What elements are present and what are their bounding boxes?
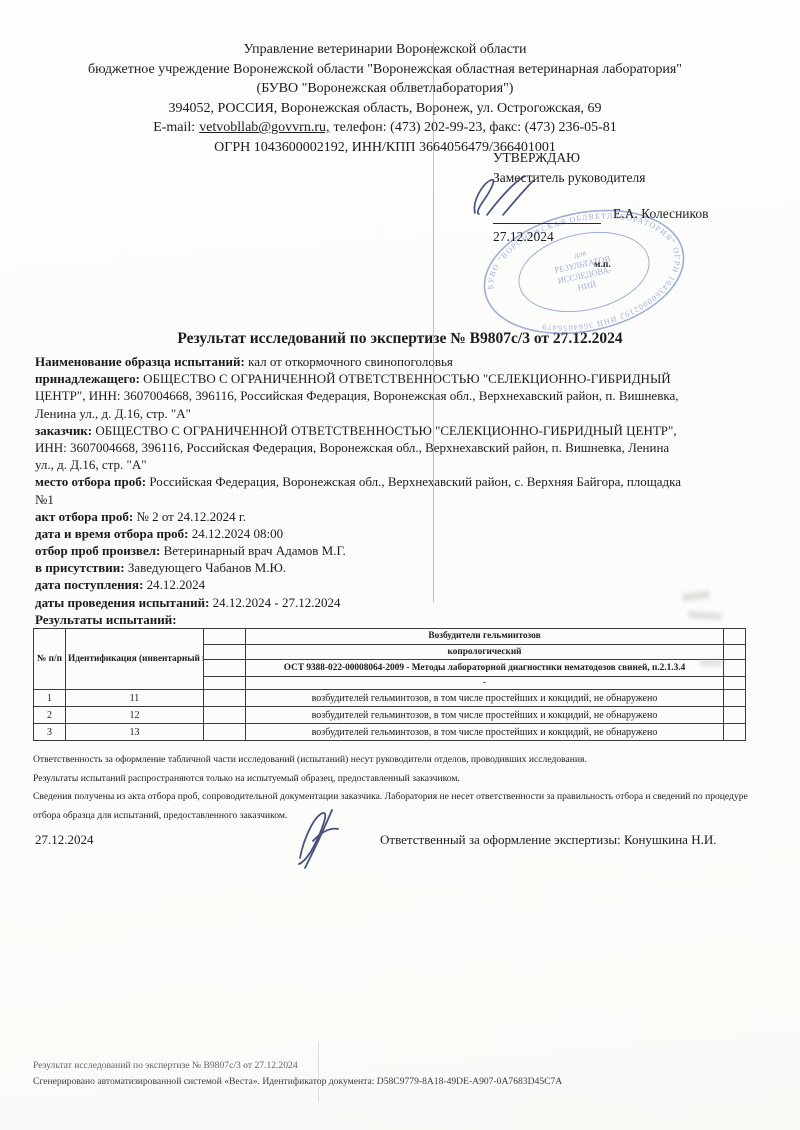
table-row: 3 13 возбудителей гельминтозов, в том чи… (34, 724, 746, 741)
row-spacer (724, 707, 746, 724)
approve-label: УТВЕРЖДАЮ (493, 148, 709, 168)
table-header-norm: - (246, 677, 724, 690)
row-spacer (204, 707, 246, 724)
table-header-spacer (204, 660, 246, 677)
detail-label: Результаты испытаний: (35, 612, 177, 627)
sample-details: Наименование образца испытаний: кал от о… (35, 354, 770, 629)
mp-label: м.п. (594, 260, 611, 270)
table-header-spacer (204, 645, 246, 660)
detail-value: ИНН: 3607004668, 396116, Российская Феде… (35, 440, 669, 455)
detail-line: место отбора проб: Российская Федерация,… (35, 474, 770, 491)
detail-value: Ленина ул., д. Д.16, стр. "А" (35, 406, 191, 421)
table-header-spacer (724, 629, 746, 645)
table-header-spacer (724, 660, 746, 677)
org-phone-fax: телефон: (473) 202-99-23, факс: (473) 23… (334, 120, 617, 135)
footer-line-1: Результат исследований по экспертизе № В… (33, 1058, 773, 1074)
detail-value: кал от откормочного свинопоголовья (248, 354, 453, 369)
detail-line: ЦЕНТР", ИНН: 3607004668, 396116, Российс… (35, 388, 770, 405)
org-email: vetvobllab@govvrn.ru, (199, 120, 329, 135)
footnote: Сведения получены из акта отбора проб, с… (33, 788, 765, 825)
detail-value: ОБЩЕСТВО С ОГРАНИЧЕННОЙ ОТВЕТСТВЕННОСТЬЮ… (143, 371, 671, 386)
detail-line: в присутствии: Заведующего Чабанов М.Ю. (35, 560, 770, 577)
detail-value: ЦЕНТР", ИНН: 3607004668, 396116, Российс… (35, 388, 678, 403)
expert-signature-ink (268, 806, 386, 870)
detail-value: ОБЩЕСТВО С ОГРАНИЧЕННОЙ ОТВЕТСТВЕННОСТЬЮ… (95, 423, 676, 438)
detail-line: ул., д. Д.16, стр. "А" (35, 457, 770, 474)
detail-value: Российская Федерация, Воронежская обл., … (149, 474, 681, 489)
org-name-line-2: бюджетное учреждение Воронежской области… (35, 60, 735, 80)
table-header-spacer (204, 629, 246, 645)
org-name-line-1: Управление ветеринарии Воронежской облас… (35, 40, 735, 60)
detail-label: дата и время отбора проб: (35, 526, 192, 541)
detail-line: акт отбора проб: № 2 от 24.12.2024 г. (35, 509, 770, 526)
detail-label: отбор проб произвел: (35, 543, 164, 558)
detail-value: Ветеринарный врач Адамов М.Г. (164, 543, 346, 558)
footnote: Ответственность за оформление табличной … (33, 751, 765, 770)
detail-label: в присутствии: (35, 560, 128, 575)
scanned-document-page: Управление ветеринарии Воронежской облас… (0, 0, 800, 1130)
footer-line-2: Сгенерировано автоматизированной системо… (33, 1074, 773, 1090)
org-address-line: 394052, РОССИЯ, Воронежская область, Вор… (35, 99, 735, 119)
detail-value: 24.12.2024 - 27.12.2024 (213, 595, 341, 610)
detail-line: дата поступления: 24.12.2024 (35, 577, 770, 594)
table-header-method: копрологический (246, 645, 724, 660)
table-header-num: № п/п (34, 629, 66, 690)
scan-smudge (700, 660, 722, 666)
table-header-spacer (724, 677, 746, 690)
row-spacer (204, 690, 246, 707)
detail-line: Результаты испытаний: (35, 612, 770, 629)
table-header-identification: Идентификация (инвентарный номер, кличка… (66, 629, 204, 690)
detail-label: место отбора проб: (35, 474, 149, 489)
org-contacts-line: E-mail:vetvobllab@govvrn.ru,телефон: (47… (35, 118, 735, 138)
detail-value: № 2 от 24.12.2024 г. (136, 509, 246, 524)
detail-value: Заведующего Чабанов М.Ю. (128, 560, 286, 575)
detail-value: ул., д. Д.16, стр. "А" (35, 457, 147, 472)
detail-label: дата поступления: (35, 577, 147, 592)
footnote: Результаты испытаний распространяются то… (33, 770, 765, 789)
detail-label: акт отбора проб: (35, 509, 136, 524)
system-footer: Результат исследований по экспертизе № В… (33, 1058, 773, 1089)
row-num: 2 (34, 707, 66, 724)
row-num: 3 (34, 724, 66, 741)
table-header-spacer (204, 677, 246, 690)
row-result: возбудителей гельминтозов, в том числе п… (246, 724, 724, 741)
table-header-indicator: Возбудители гельминтозов (246, 629, 724, 645)
detail-line: даты проведения испытаний: 24.12.2024 - … (35, 595, 770, 612)
row-spacer (724, 724, 746, 741)
detail-line: принадлежащего: ОБЩЕСТВО С ОГРАНИЧЕННОЙ … (35, 371, 770, 388)
detail-line: №1 (35, 492, 770, 509)
org-name-line-3: (БУВО "Воронежская облветлаборатория") (35, 79, 735, 99)
row-result: возбудителей гельминтозов, в том числе п… (246, 690, 724, 707)
detail-line: ИНН: 3607004668, 396116, Российская Феде… (35, 440, 770, 457)
footnotes: Ответственность за оформление табличной … (33, 751, 765, 825)
detail-line: заказчик: ОБЩЕСТВО С ОГРАНИЧЕННОЙ ОТВЕТС… (35, 423, 770, 440)
results-table: № п/п Идентификация (инвентарный номер, … (33, 628, 746, 741)
detail-line: Наименование образца испытаний: кал от о… (35, 354, 770, 371)
signoff-text: Ответственный за оформление экспертизы: … (380, 832, 716, 848)
row-id: 11 (66, 690, 204, 707)
table-header-spacer (724, 645, 746, 660)
row-spacer (204, 724, 246, 741)
scan-artifact-line (318, 1042, 319, 1102)
detail-line: отбор проб произвел: Ветеринарный врач А… (35, 543, 770, 560)
detail-value: №1 (35, 492, 54, 507)
detail-label: даты проведения испытаний: (35, 595, 213, 610)
email-label: E-mail: (153, 120, 195, 135)
row-id: 12 (66, 707, 204, 724)
detail-line: дата и время отбора проб: 24.12.2024 08:… (35, 526, 770, 543)
row-spacer (724, 690, 746, 707)
row-num: 1 (34, 690, 66, 707)
detail-value: 24.12.2024 (147, 577, 206, 592)
approver-name: Е.А. Колесников (613, 204, 709, 224)
detail-value: 24.12.2024 08:00 (192, 526, 283, 541)
row-id: 13 (66, 724, 204, 741)
approver-signature-ink (466, 172, 570, 220)
org-header: Управление ветеринарии Воронежской облас… (35, 40, 735, 157)
table-row: 1 11 возбудителей гельминтозов, в том чи… (34, 690, 746, 707)
signoff-date: 27.12.2024 (35, 832, 94, 848)
scan-artifact-line (433, 42, 434, 602)
table-row: 2 12 возбудителей гельминтозов, в том чи… (34, 707, 746, 724)
detail-label: принадлежащего: (35, 371, 143, 386)
table-header-standard: ОСТ 9388-022-00008064-2009 - Методы лабо… (246, 660, 724, 677)
detail-line: Ленина ул., д. Д.16, стр. "А" (35, 406, 770, 423)
detail-label: Наименование образца испытаний: (35, 354, 248, 369)
approval-date: 27.12.2024 (493, 227, 709, 247)
row-result: возбудителей гельминтозов, в том числе п… (246, 707, 724, 724)
detail-label: заказчик: (35, 423, 95, 438)
